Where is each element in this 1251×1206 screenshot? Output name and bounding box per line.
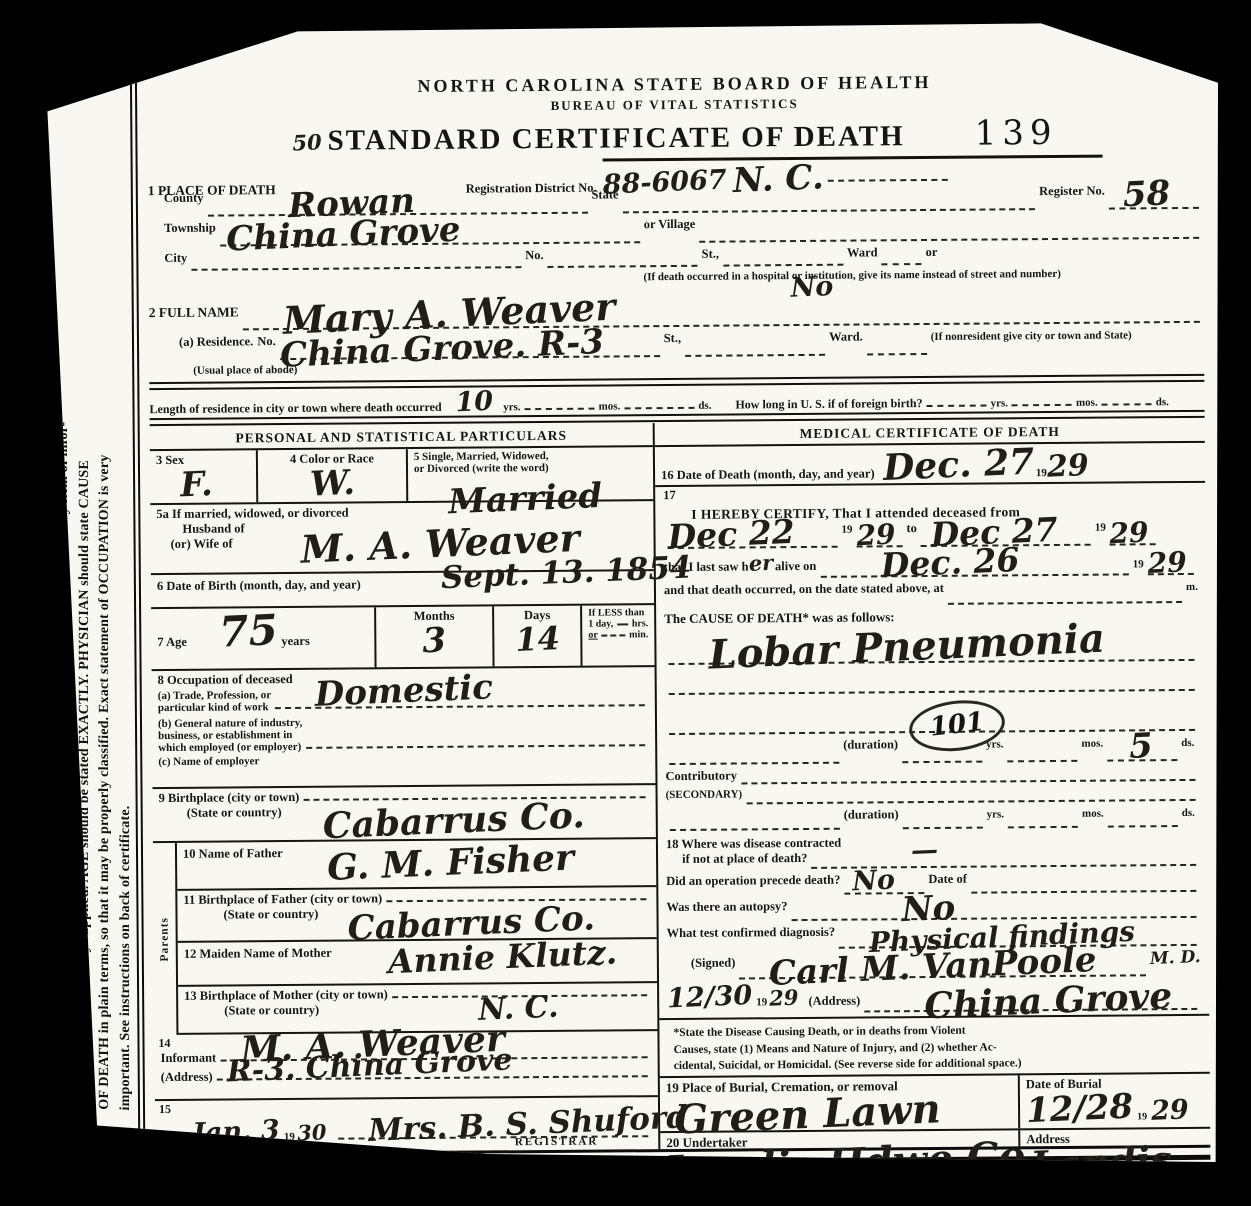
length-value: 10 xyxy=(455,388,494,417)
filed-number: 15 xyxy=(159,1102,171,1117)
birthplace-sub-label: (State or country) xyxy=(187,805,282,821)
burial-date-value: 12/28 xyxy=(1025,1090,1133,1129)
less-than-label-2: 1 day, xyxy=(588,618,613,629)
stray-pen-mark: 50 xyxy=(292,131,322,153)
undertaker-address-value: Landis xyxy=(1030,1141,1173,1185)
occupation-a-label: (a) Trade, Profession, or xyxy=(158,689,271,702)
mother-birthplace-sub: (State or country) xyxy=(224,1003,319,1019)
filed-date-value: Jan. 3 xyxy=(192,1117,281,1148)
father-birthplace-label: 11 Birthplace of Father (city or town) xyxy=(183,891,382,908)
filed-year-value: 30 xyxy=(296,1121,326,1143)
autopsy-value: No xyxy=(901,891,956,927)
county-label: County xyxy=(164,191,204,206)
year-prefix: 19 xyxy=(284,1131,295,1143)
form-header: NORTH CAROLINA STATE BOARD OF HEALTH BUR… xyxy=(147,54,1203,165)
row-date-of-death: 16 Date of Death (month, day, and year) … xyxy=(655,443,1205,487)
informant-address-label: (Address) xyxy=(161,1070,213,1085)
date-of-death-year: 29 xyxy=(1046,451,1089,483)
register-no-label: Register No. xyxy=(1039,184,1105,200)
registration-district-value: 88-6067 xyxy=(602,166,727,198)
age-value: 75 xyxy=(218,609,278,653)
ds-label: ds. xyxy=(1182,807,1195,819)
residence-no-label: No. xyxy=(257,334,276,349)
last-saw-value: Dec. 26 xyxy=(880,543,1020,582)
certificate-number: 139 xyxy=(974,113,1057,154)
row-date-of-birth: 6 Date of Birth (month, day, and year) S… xyxy=(151,571,654,609)
date-of-death-label: 16 Date of Death (month, day, and year) xyxy=(661,466,875,483)
ds-label: ds. xyxy=(698,400,711,412)
contributory-label: Contributory xyxy=(665,769,737,785)
full-name-label: 2 FULL NAME xyxy=(149,304,239,321)
alive-on-label: alive on xyxy=(775,559,816,574)
ds-label: ds. xyxy=(1181,737,1194,749)
row-burial: 19 Place of Burial, Cremation, or remova… xyxy=(660,1072,1210,1133)
street-no-label: No. xyxy=(525,248,544,263)
attended-to-year: 29 xyxy=(1109,519,1149,549)
board-title: NORTH CAROLINA STATE BOARD OF HEALTH xyxy=(147,54,1202,99)
attended-from-value: Dec 22 xyxy=(667,515,795,553)
mother-name-value: Annie Klutz. xyxy=(387,935,617,978)
dob-value: Sept. 13. 1854 xyxy=(440,552,692,594)
occupation-a-label-2: particular kind of work xyxy=(158,701,271,714)
street-label: St., xyxy=(702,247,719,262)
residence-st-label: St., xyxy=(664,331,681,346)
operation-value: No xyxy=(852,867,896,896)
secondary-label: (SECONDARY) xyxy=(666,788,743,801)
margin-instruction-line: OF DEATH in plain terms, so that it may … xyxy=(95,101,116,1110)
yrs-label: yrs. xyxy=(503,401,521,413)
registrar-label: REGISTRAR xyxy=(515,1136,598,1149)
last-saw-year: 29 xyxy=(1147,548,1187,578)
burial-date-year: 29 xyxy=(1151,1096,1190,1125)
marital-label-2: or Divorced (write the word) xyxy=(414,461,647,475)
township-value: China Grove xyxy=(225,213,461,257)
sign-year-value: 29 xyxy=(769,987,799,1009)
last-saw-her: er xyxy=(748,552,773,574)
father-name-label: 10 Name of Father xyxy=(183,846,283,861)
year-prefix: 19 xyxy=(756,996,767,1008)
duration-label-2: (duration) xyxy=(844,807,899,822)
parents-group: Parents 10 Name of Father G. M. Fisher 1… xyxy=(153,839,657,1035)
physician-md-suffix: M. D. xyxy=(1150,949,1201,968)
ward-label: Ward xyxy=(847,245,878,260)
informant-number: 14 xyxy=(158,1036,170,1051)
mos-label: mos. xyxy=(1076,397,1098,409)
sex-value: F. xyxy=(179,467,213,502)
row-filed: 15 Filed Jan. 3 19 30 Mrs. B. S. Shuford… xyxy=(155,1097,658,1153)
state-handwritten-value: N. C. xyxy=(732,160,824,198)
days-value: 14 xyxy=(514,622,560,656)
residence-label: (a) Residence. xyxy=(179,334,253,350)
row-age: 7 Age 75 years Months 3 Days 14 If LESS … xyxy=(151,605,654,671)
mos-label: mos. xyxy=(1082,808,1104,820)
hrs-label: hrs. xyxy=(632,618,648,629)
date-of-death-value: Dec. 27 xyxy=(882,444,1035,486)
duration-label: (duration) xyxy=(843,737,898,752)
burial-place-value: Green Lawn xyxy=(673,1089,941,1140)
informant-label: Informant xyxy=(161,1051,217,1066)
ds-label: ds. xyxy=(1156,396,1169,408)
certificate-form: NORTH CAROLINA STATE BOARD OF HEALTH BUR… xyxy=(130,52,1216,1138)
race-value: W. xyxy=(309,466,355,502)
autopsy-label: Was there an autopsy? xyxy=(666,899,787,915)
margin-instruction-line: N. B.—WRITE PLAINLY, WITH UNFADING INK—T… xyxy=(54,100,75,1109)
father-birthplace-sub: (State or country) xyxy=(223,907,318,923)
or-label: or xyxy=(588,630,598,641)
medical-column: MEDICAL CERTIFICATE OF DEATH 16 Date of … xyxy=(655,419,1211,1149)
father-name-value: G. M. Fisher xyxy=(326,839,574,886)
mos-label: mos. xyxy=(1081,738,1103,750)
section-place-of-death: 1 PLACE OF DEATH Registration District N… xyxy=(148,159,1204,305)
row-birthplace: 9 Birthplace (city or town) (State or co… xyxy=(153,785,656,843)
year-prefix: 19 xyxy=(1095,522,1106,534)
year-prefix: 19 xyxy=(1133,558,1144,570)
margin-instruction: N. B.—WRITE PLAINLY, WITH UNFADING INK—T… xyxy=(54,100,140,1111)
or-village-label: or Village xyxy=(644,217,696,232)
city-label: City xyxy=(164,251,187,266)
operation-label: Did an operation precede death? xyxy=(666,873,840,889)
address-label: (Address) xyxy=(808,994,860,1009)
mother-birthplace-label: 13 Birthplace of Mother (city or town) xyxy=(184,987,388,1004)
age-label: 7 Age xyxy=(157,635,187,649)
residence-ward-label: Ward. xyxy=(829,330,863,345)
row-father-name: 10 Name of Father G. M. Fisher xyxy=(177,839,656,891)
registration-district-label: Registration District No. xyxy=(466,181,597,197)
physician-address-value: China Grove xyxy=(924,978,1173,1025)
item-17-number: 17 xyxy=(663,484,1197,503)
occupation-b-label-3: which employed (or employer) xyxy=(158,741,302,754)
dob-label: 6 Date of Birth (month, day, and year) xyxy=(157,577,361,593)
institution-answer: No xyxy=(790,273,834,302)
section-full-name: 2 FULL NAME Mary A. Weaver (a) Residence… xyxy=(149,297,1205,381)
certify-block: 17 I HEREBY CERTIFY, That I attended dec… xyxy=(655,483,1209,1018)
birthplace-label: 9 Birthplace (city or town) xyxy=(159,790,300,806)
length-label: Length of residence in city or town wher… xyxy=(149,400,441,417)
test-confirmed-label: What test confirmed diagnosis? xyxy=(667,925,836,941)
less-than-label: If LESS than xyxy=(588,607,648,618)
age-years-label: years xyxy=(281,634,310,648)
margin-instruction-line: mation should be carefully supplied. AGE… xyxy=(75,101,96,1110)
yrs-label: yrs. xyxy=(987,808,1005,820)
filed-label: Filed xyxy=(161,1130,188,1145)
year-prefix: 19 xyxy=(1137,1111,1147,1122)
certificate-paper: N. B.—WRITE PLAINLY, WITH UNFADING INK—T… xyxy=(38,20,1218,1162)
row-sex-race-marital: 3 Sex F. 4 Color or Race W. 5 Single, Ma… xyxy=(150,447,653,505)
duration-days-value: 5 xyxy=(1128,729,1153,764)
year-prefix: 19 xyxy=(1036,467,1047,479)
register-no-value: 58 xyxy=(1122,176,1171,212)
row-informant: 14 Informant M. A. Weaver (Address) R-3.… xyxy=(154,1031,658,1101)
disease-contracted-value: — xyxy=(911,836,939,864)
or-word: or xyxy=(926,245,938,260)
m-label: m. xyxy=(1186,581,1198,593)
personal-column: PERSONAL AND STATISTICAL PARTICULARS 3 S… xyxy=(150,423,661,1153)
occupation-c-label: (c) Name of employer xyxy=(158,752,649,768)
year-prefix: 19 xyxy=(841,524,852,536)
township-label: Township xyxy=(164,221,216,236)
occupation-a-value: Domestic xyxy=(314,670,494,712)
min-label: min. xyxy=(629,629,648,640)
yrs-label: yrs. xyxy=(991,397,1009,409)
certificate-title: STANDARD CERTIFICATE OF DEATH xyxy=(327,120,904,158)
mos-label: mos. xyxy=(599,400,621,412)
disease-contracted-label-2: if not at place of death? xyxy=(682,851,807,867)
to-label: to xyxy=(906,521,917,536)
nonresident-note: (If nonresident give city or town and St… xyxy=(931,329,1132,343)
row-mother-name: 12 Maiden Name of Mother Annie Klutz. xyxy=(178,939,657,987)
months-value: 3 xyxy=(422,623,447,658)
date-of-label: Date of xyxy=(928,872,967,887)
marital-value: Married xyxy=(448,479,603,520)
foreign-birth-label: How long in U. S. if of foreign birth? xyxy=(735,396,922,412)
mother-name-label: 12 Maiden Name of Mother xyxy=(184,946,332,961)
mother-birthplace-value: N. C. xyxy=(478,993,559,1026)
sign-date-value: 12/30 xyxy=(667,982,753,1013)
row-occupation: 8 Occupation of deceased (a) Trade, Prof… xyxy=(152,667,656,789)
signed-label: (Signed) xyxy=(691,956,736,971)
cause-code-circled: 101 xyxy=(907,696,1008,756)
parents-label: Parents xyxy=(159,917,171,962)
